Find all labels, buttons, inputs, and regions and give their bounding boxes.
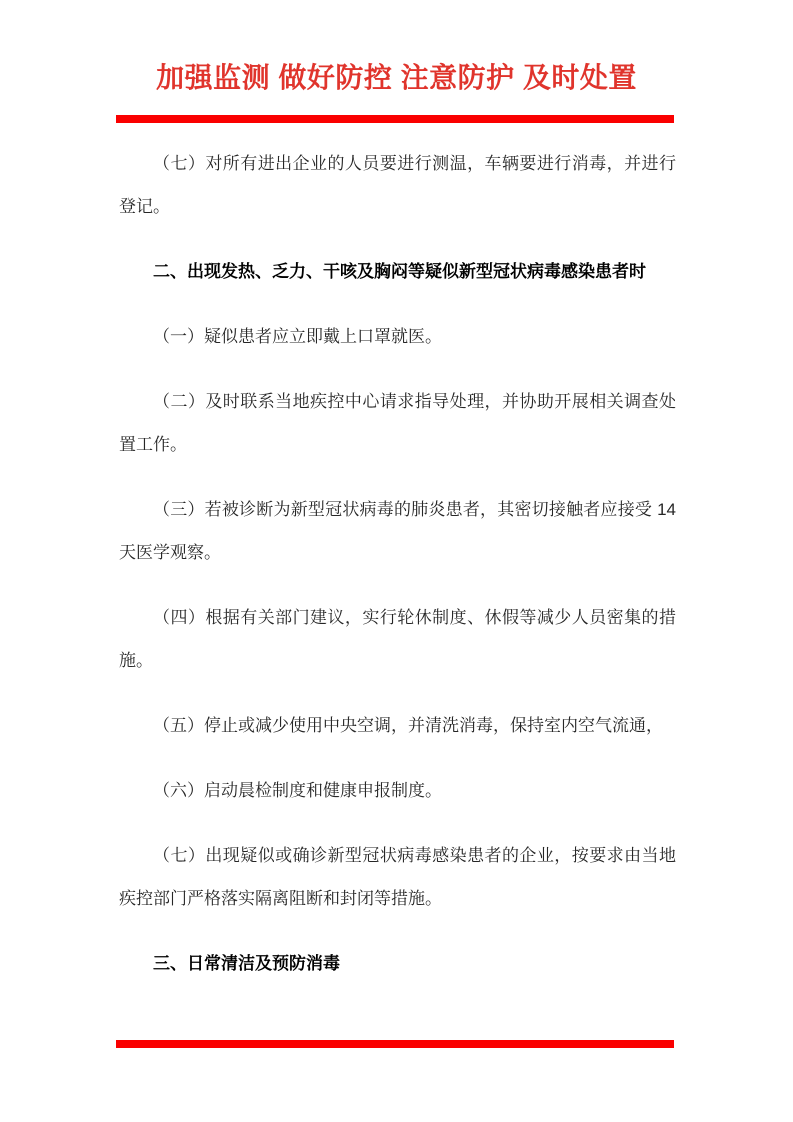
paragraph-section2-item4: （四）根据有关部门建议，实行轮休制度、休假等减少人员密集的措施。 xyxy=(119,596,676,682)
section-heading-2: 二、出现发热、乏力、干咳及胸闷等疑似新型冠状病毒感染患者时 xyxy=(119,250,676,293)
section-heading-3: 三、日常清洁及预防消毒 xyxy=(119,942,676,985)
paragraph-section2-item5: （五）停止或减少使用中央空调，并清洗消毒，保持室内空气流通， xyxy=(119,704,676,747)
top-divider-bar xyxy=(116,115,674,123)
paragraph-section2-item1: （一）疑似患者应立即戴上口罩就医。 xyxy=(119,315,676,358)
paragraph-section1-item7: （七）对所有进出企业的人员要进行测温，车辆要进行消毒，并进行登记。 xyxy=(119,142,676,228)
paragraph-section2-item6: （六）启动晨检制度和健康申报制度。 xyxy=(119,769,676,812)
document-page: 加强监测 做好防控 注意防护 及时处置 （七）对所有进出企业的人员要进行测温，车… xyxy=(0,0,793,1122)
bottom-divider-bar xyxy=(116,1040,674,1048)
document-title: 加强监测 做好防控 注意防护 及时处置 xyxy=(0,56,793,96)
document-body: （七）对所有进出企业的人员要进行测温，车辆要进行消毒，并进行登记。 二、出现发热… xyxy=(119,142,676,1007)
paragraph-section2-item2: （二）及时联系当地疾控中心请求指导处理，并协助开展相关调查处置工作。 xyxy=(119,380,676,466)
paragraph-section2-item7: （七）出现疑似或确诊新型冠状病毒感染患者的企业，按要求由当地疾控部门严格落实隔离… xyxy=(119,834,676,920)
paragraph-section2-item3: （三）若被诊断为新型冠状病毒的肺炎患者，其密切接触者应接受 14 天医学观察。 xyxy=(119,488,676,574)
